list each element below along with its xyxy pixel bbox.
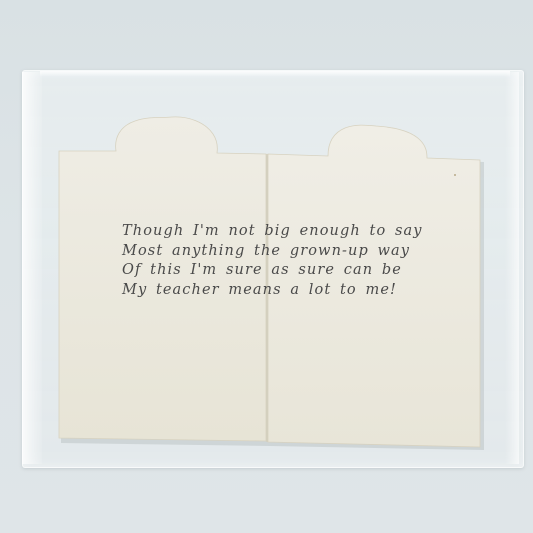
verse-line-3: Of this I'm sure as sure can be [122,261,442,281]
verse-line-2: Most anything the grown-up way [122,242,442,262]
photo-scene: Though I'm not big enough to say Most an… [0,0,533,533]
card-verse: Though I'm not big enough to say Most an… [122,222,442,300]
verse-line-1: Though I'm not big enough to say [122,222,442,242]
verse-line-4: My teacher means a lot to me! [122,281,442,301]
